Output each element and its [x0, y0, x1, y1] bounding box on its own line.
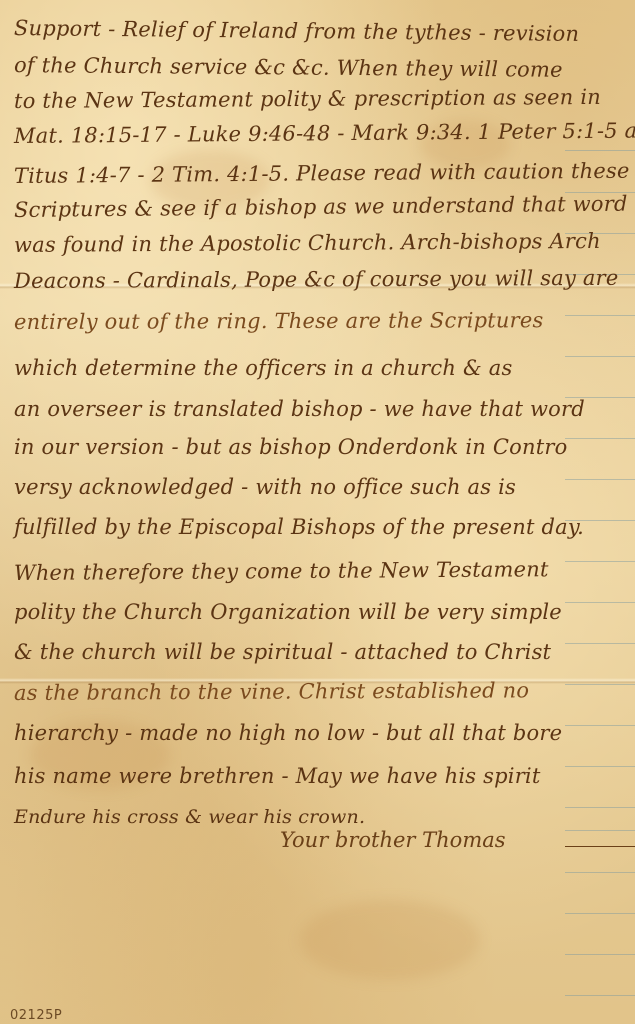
letter-line: of the Church service &c &c. When they w…	[14, 53, 563, 82]
letter-line: Mat. 18:15-17 - Luke 9:46-48 - Mark 9:34…	[14, 118, 635, 148]
letter-line: fulfilled by the Episcopal Bishops of th…	[14, 515, 584, 539]
ruled-line	[565, 913, 635, 914]
letter-line: versy acknowledged - with no office such…	[14, 475, 516, 499]
letter-line: Scriptures & see if a bishop as we under…	[14, 192, 628, 222]
letter-line: Titus 1:4-7 - 2 Tim. 4:1-5. Please read …	[14, 159, 630, 188]
letter-line: as the branch to the vine. Christ establ…	[14, 678, 529, 705]
letter-line: polity the Church Organization will be v…	[14, 600, 562, 624]
ruled-line	[565, 561, 635, 562]
ruled-line	[565, 830, 635, 831]
letter-line: which determine the officers in a church…	[14, 356, 512, 380]
letter-line: & the church will be spiritual - attache…	[14, 640, 551, 664]
letter-line: his name were brethren - May we have his…	[14, 764, 540, 788]
letter-line: Deacons - Cardinals, Pope &c of course y…	[14, 266, 619, 293]
signature-underline	[565, 846, 635, 847]
ruled-line	[565, 602, 635, 603]
catalog-number: 02125P	[10, 1008, 62, 1023]
letter-line: an overseer is translated bishop - we ha…	[14, 397, 585, 421]
letter-line: in our version - but as bishop Onderdonk…	[14, 435, 567, 459]
ruled-line	[565, 995, 635, 996]
letter-line: was found in the Apostolic Church. Arch-…	[14, 229, 601, 257]
ruled-line	[565, 315, 635, 316]
signature: Your brother Thomas	[280, 828, 506, 852]
ruled-line	[565, 766, 635, 767]
paper-stain	[300, 900, 480, 980]
letter-line: to the New Testament polity & prescripti…	[14, 85, 601, 113]
ruled-line	[565, 807, 635, 808]
letter-line: hierarchy - made no high no low - but al…	[14, 721, 562, 745]
letter-line: When therefore they come to the New Test…	[14, 557, 549, 585]
ruled-line	[565, 684, 635, 685]
manuscript-page: Support - Relief of Ireland from the tyt…	[0, 0, 635, 1024]
ruled-line	[565, 150, 635, 151]
letter-line: entirely out of the ring. These are the …	[14, 308, 544, 334]
ruled-line	[565, 356, 635, 357]
letter-line: Endure his cross & wear his crown.	[14, 806, 365, 828]
ruled-line	[565, 725, 635, 726]
letter-line: Support - Relief of Ireland from the tyt…	[14, 16, 579, 46]
ruled-line	[565, 872, 635, 873]
ruled-line	[565, 479, 635, 480]
ruled-line	[565, 643, 635, 644]
ruled-line	[565, 438, 635, 439]
ruled-line	[565, 954, 635, 955]
